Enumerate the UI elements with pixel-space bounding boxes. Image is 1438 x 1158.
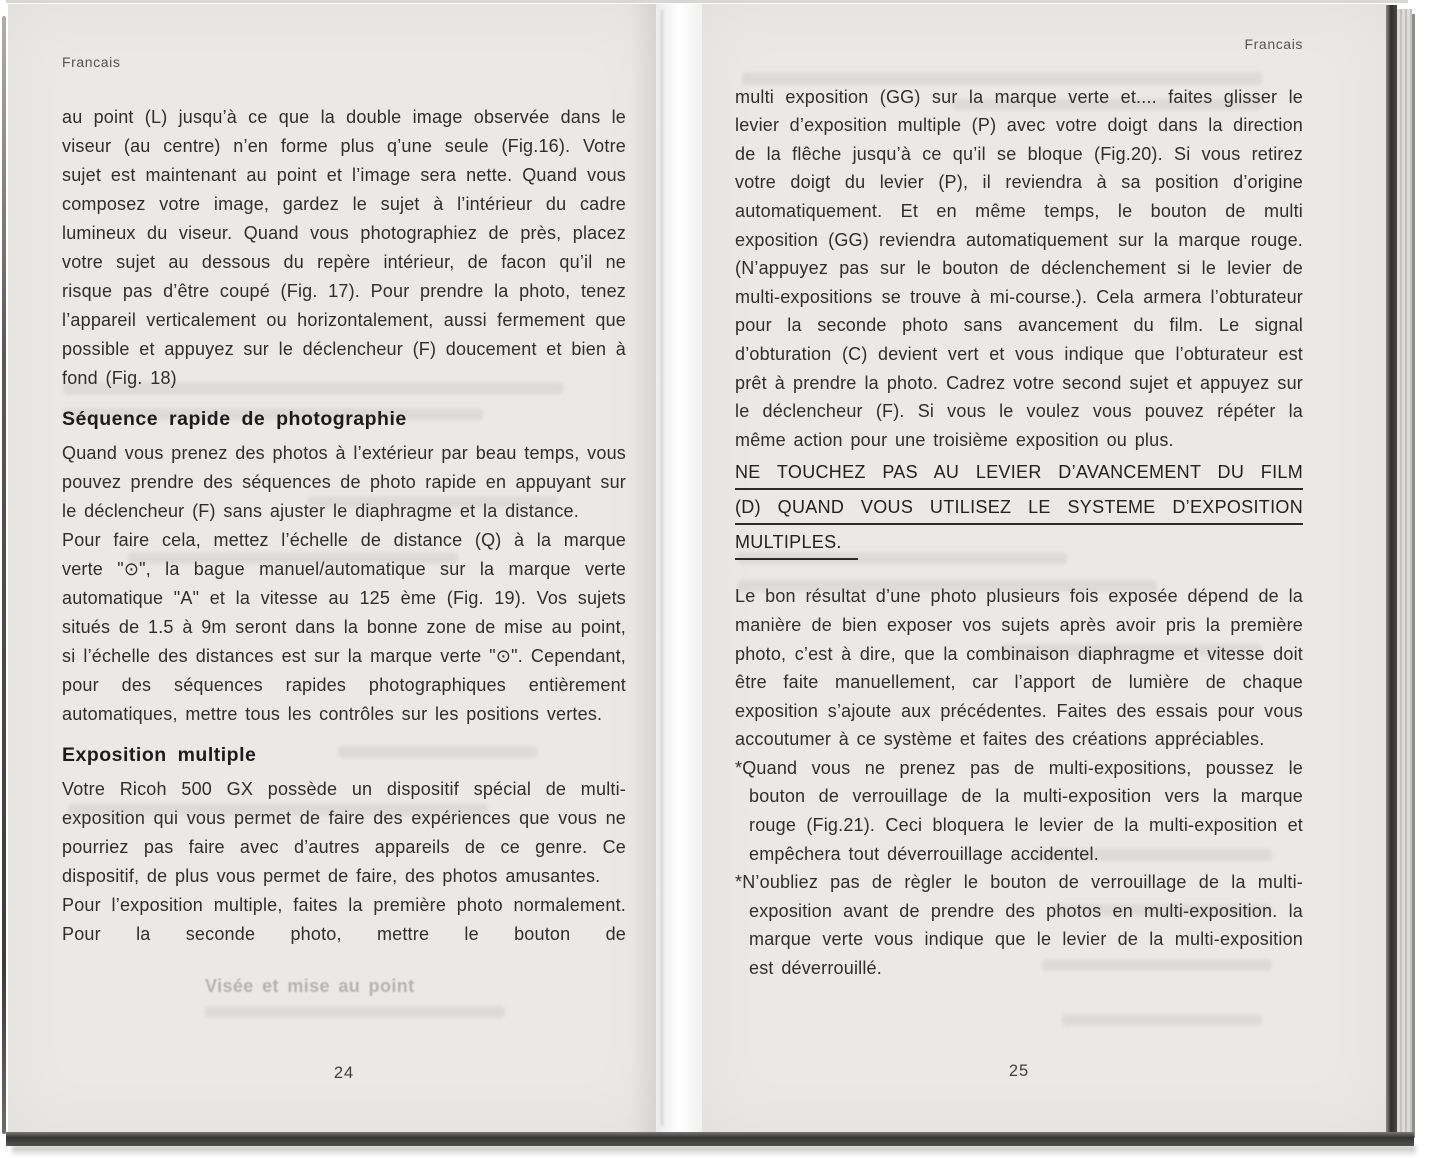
bullet-note-2: *N’oubliez pas de règler le bouton de ve… bbox=[735, 868, 1303, 982]
ghost-bleedthrough bbox=[205, 1006, 505, 1018]
page-number-left: 24 bbox=[62, 1064, 626, 1083]
running-header-right: Francais bbox=[735, 30, 1303, 59]
exposition-paragraph-2: Pour l’exposition multiple, faites la pr… bbox=[62, 891, 626, 949]
warning-line-3: MULTIPLES. bbox=[735, 527, 858, 560]
ghost-bleedthrough-text: Visée et mise au point bbox=[205, 976, 415, 997]
scanned-manual-spread: Visée et mise au point Francais au point… bbox=[0, 0, 1438, 1158]
section-heading-exposition-multiple: Exposition multiple bbox=[62, 742, 626, 768]
book-right-edge-dark bbox=[1386, 5, 1397, 1135]
warning-line-2: (D) QUAND VOUS UTILISEZ LE SYSTEME D’EXP… bbox=[735, 492, 1303, 525]
page-number-right: 25 bbox=[735, 1062, 1303, 1081]
sequence-paragraph-2: Pour faire cela, mettez l’échelle de dis… bbox=[62, 526, 626, 729]
book-right-page-stack bbox=[1397, 9, 1412, 1137]
warning-line-1: NE TOUCHEZ PAS AU LEVIER D’AVANCEMENT DU… bbox=[735, 457, 1303, 490]
gutter-crease bbox=[661, 10, 663, 1126]
sequence-paragraph-1: Quand vous prenez des photos à l’extérie… bbox=[62, 439, 626, 526]
left-text-column: Francais au point (L) jusqu’à ce que la … bbox=[62, 48, 626, 949]
page-left: Visée et mise au point Francais au point… bbox=[8, 4, 656, 1132]
running-header-left: Francais bbox=[62, 48, 626, 77]
bullet-note-1: *Quand vous ne prenez pas de multi-expos… bbox=[735, 754, 1303, 868]
section-heading-sequence-rapide: Séquence rapide de photographie bbox=[62, 406, 626, 432]
book-left-page-edge bbox=[2, 16, 6, 1134]
book-bottom-shadow bbox=[12, 1146, 1416, 1156]
right-paragraph-2: Le bon résultat d’une photo plusieurs fo… bbox=[735, 582, 1303, 754]
book-bottom-edge bbox=[6, 1132, 1414, 1146]
right-text-column: Francais multi exposition (GG) sur la ma… bbox=[735, 30, 1303, 983]
page-right: Francais multi exposition (GG) sur la ma… bbox=[702, 4, 1386, 1132]
book-top-edge bbox=[6, 0, 1408, 3]
warning-text-underlined: NE TOUCHEZ PAS AU LEVIER D’AVANCEMENT DU… bbox=[735, 457, 1303, 560]
ghost-bleedthrough bbox=[1062, 1014, 1262, 1026]
right-paragraph-1: multi exposition (GG) sur la marque vert… bbox=[735, 83, 1303, 455]
book-right-outer-line bbox=[1412, 14, 1415, 1138]
exposition-paragraph-1: Votre Ricoh 500 GX possède un dispositif… bbox=[62, 775, 626, 891]
left-intro-paragraph: au point (L) jusqu’à ce que la double im… bbox=[62, 103, 626, 393]
